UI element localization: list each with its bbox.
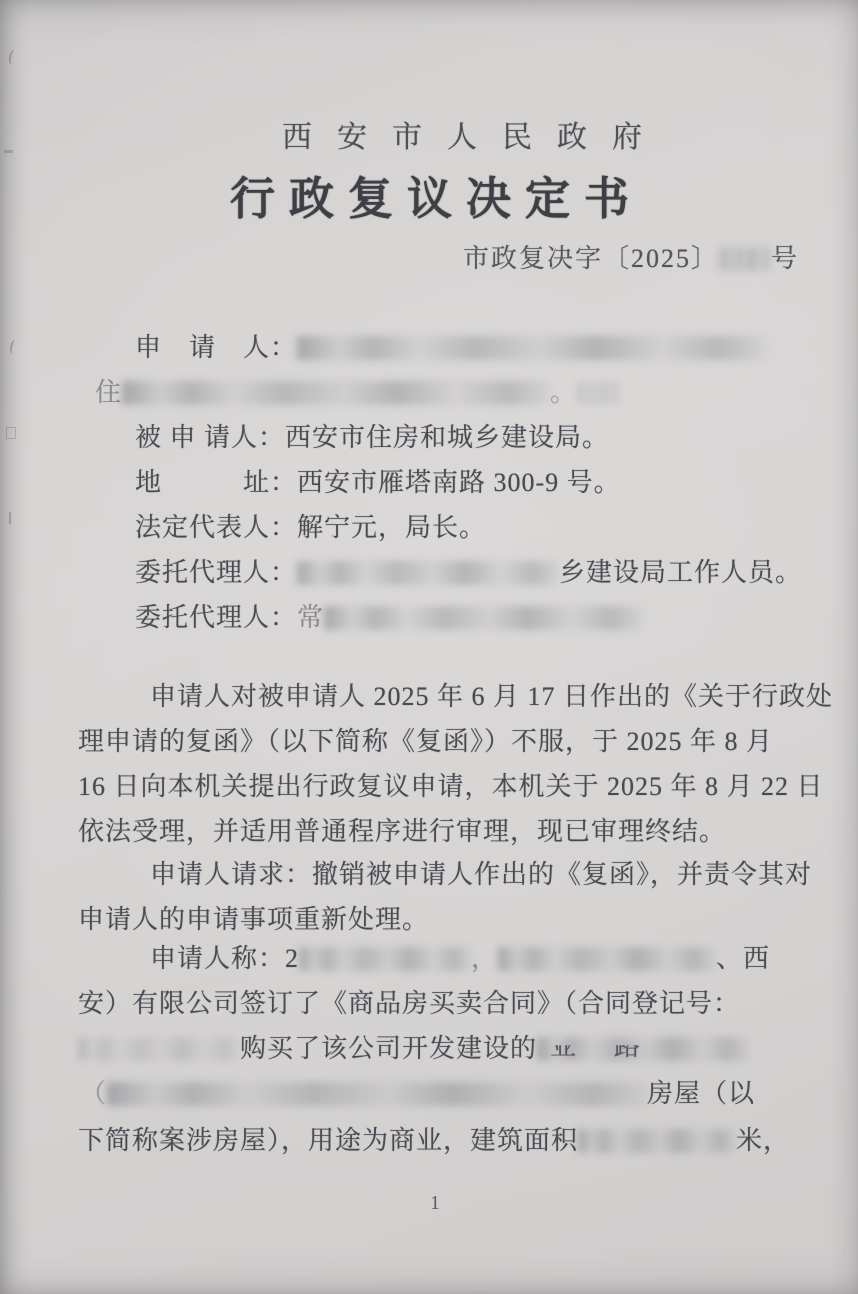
agent1-row: 委托代理人：乡建设局工作人员。 xyxy=(135,552,802,589)
paragraph1-line4: 依法受理，并适用普通程序进行审理，现已审理终结。 xyxy=(78,811,726,848)
respondent-value: 西安市住房和城乡建设局。 xyxy=(285,423,609,452)
applicant-label: 申 请 人： xyxy=(135,333,297,362)
redaction-bar xyxy=(297,561,559,585)
redaction-bar xyxy=(577,381,621,405)
agent2-label: 委托代理人： xyxy=(135,603,297,632)
p3l1-prefix: 申请人称：2 xyxy=(150,944,299,973)
redaction-bar xyxy=(324,606,642,630)
agent1-label: 委托代理人： xyxy=(135,558,297,587)
p3l4-paren: （ xyxy=(80,1079,107,1108)
respondent-address-row: 地 址：西安市雁塔南路 300-9 号。 xyxy=(135,462,621,499)
redaction-bar xyxy=(578,1129,736,1153)
edge-speck xyxy=(8,49,19,65)
document-number-suffix: 号 xyxy=(771,244,799,273)
paragraph3-line4: （房屋（以 xyxy=(80,1073,755,1110)
p3l5-text: 下简称案涉房屋），用途为商业，建筑面积 xyxy=(78,1126,578,1155)
redaction-bar xyxy=(498,947,716,971)
address-tail: 。 xyxy=(550,378,577,407)
redaction-bar xyxy=(122,381,550,405)
edge-speck xyxy=(6,427,16,439)
edge-speck xyxy=(4,150,13,153)
document-title: 行政复议决定书 xyxy=(230,162,643,227)
respondent-address-value: 西安市雁塔南路 300-9 号。 xyxy=(297,468,621,497)
paragraph2-line2: 申请人的申请事项重新处理。 xyxy=(78,899,429,936)
paragraph1-line2: 理申请的复函》（以下简称《复函》）不服，于 2025 年 8 月 xyxy=(78,721,773,758)
agent2-row: 委托代理人：常 xyxy=(135,597,642,634)
redaction-bar xyxy=(299,947,471,971)
issuing-authority: 西安市人民政府 xyxy=(282,112,667,156)
redaction-bar xyxy=(78,1037,240,1061)
address-prefix: 住 xyxy=(95,378,122,407)
p3l1-comma: ， xyxy=(471,944,498,973)
applicant-address-row: 住。 xyxy=(95,372,621,409)
paragraph3-line3: 购买了该公司开发建设的业一路 xyxy=(78,1028,749,1065)
p3l5-tail: 米， xyxy=(736,1126,790,1155)
redaction-bar xyxy=(107,1082,647,1106)
respondent-row: 被 申 请人：西安市住房和城乡建设局。 xyxy=(135,417,609,454)
paragraph2-line1: 申请人请求：撤销被申请人作出的《复函》，并责令其对 xyxy=(150,854,812,891)
edge-speck xyxy=(9,512,11,524)
paragraph3-line2: 安）有限公司签订了《商品房买卖合同》（合同登记号： xyxy=(78,983,740,1020)
p3l1-tail: 、西 xyxy=(716,944,770,973)
applicant-row: 申 请 人： xyxy=(135,327,765,364)
paragraph1-line1: 申请人对被申请人 2025 年 6 月 17 日作出的《关于行政处 xyxy=(150,676,833,713)
legal-representative-row: 法定代表人：解宁元，局长。 xyxy=(135,507,486,544)
respondent-address-label: 地 址： xyxy=(135,468,297,497)
legal-representative-value: 解宁元，局长。 xyxy=(297,513,486,542)
paragraph1-line3: 16 日向本机关提出行政复议申请，本机关于 2025 年 8 月 22 日 xyxy=(78,766,824,803)
legal-representative-label: 法定代表人： xyxy=(135,513,297,542)
respondent-label: 被 申 请人： xyxy=(135,423,285,452)
redaction-bar xyxy=(719,247,771,271)
paragraph3-line5: 下简称案涉房屋），用途为商业，建筑面积米， xyxy=(78,1120,790,1157)
page-number: 1 xyxy=(430,1192,440,1215)
edge-speck xyxy=(9,339,20,355)
redaction-bar xyxy=(297,336,765,360)
p3l3-text: 购买了该公司开发建设的 xyxy=(240,1034,537,1063)
document-number-prefix: 市政复决字〔2025〕 xyxy=(463,244,719,273)
document-number: 市政复决字〔2025〕号 xyxy=(463,238,799,275)
agent2-visible-char: 常 xyxy=(297,603,324,632)
agent1-tail: 乡建设局工作人员。 xyxy=(559,558,802,587)
document-photo: 西安市人民政府 行政复议决定书 市政复决字〔2025〕号 申 请 人： 住。 被… xyxy=(0,0,858,1294)
paragraph3-line1: 申请人称：2，、西 xyxy=(150,938,770,975)
p3l4-tail: 房屋（以 xyxy=(647,1079,755,1108)
